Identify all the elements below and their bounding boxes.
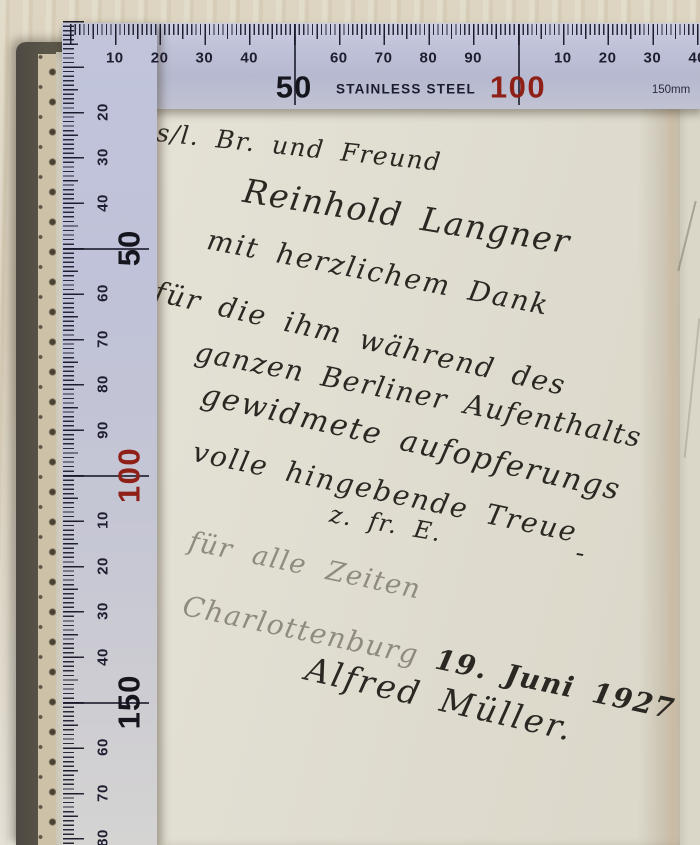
photo-of-book-page: s/l. Br. und Freund Reinhold Langner mit…: [0, 0, 700, 845]
ruler-brand-text: STAINLESS STEEL: [336, 82, 476, 97]
page-gutter-crease: [638, 52, 682, 845]
h-ruler-major-ticks: [70, 24, 700, 45]
ruler-length-label: 150mm: [652, 84, 690, 96]
facing-page-edge: [680, 52, 700, 845]
v-ruler-major-ticks: [63, 21, 84, 845]
